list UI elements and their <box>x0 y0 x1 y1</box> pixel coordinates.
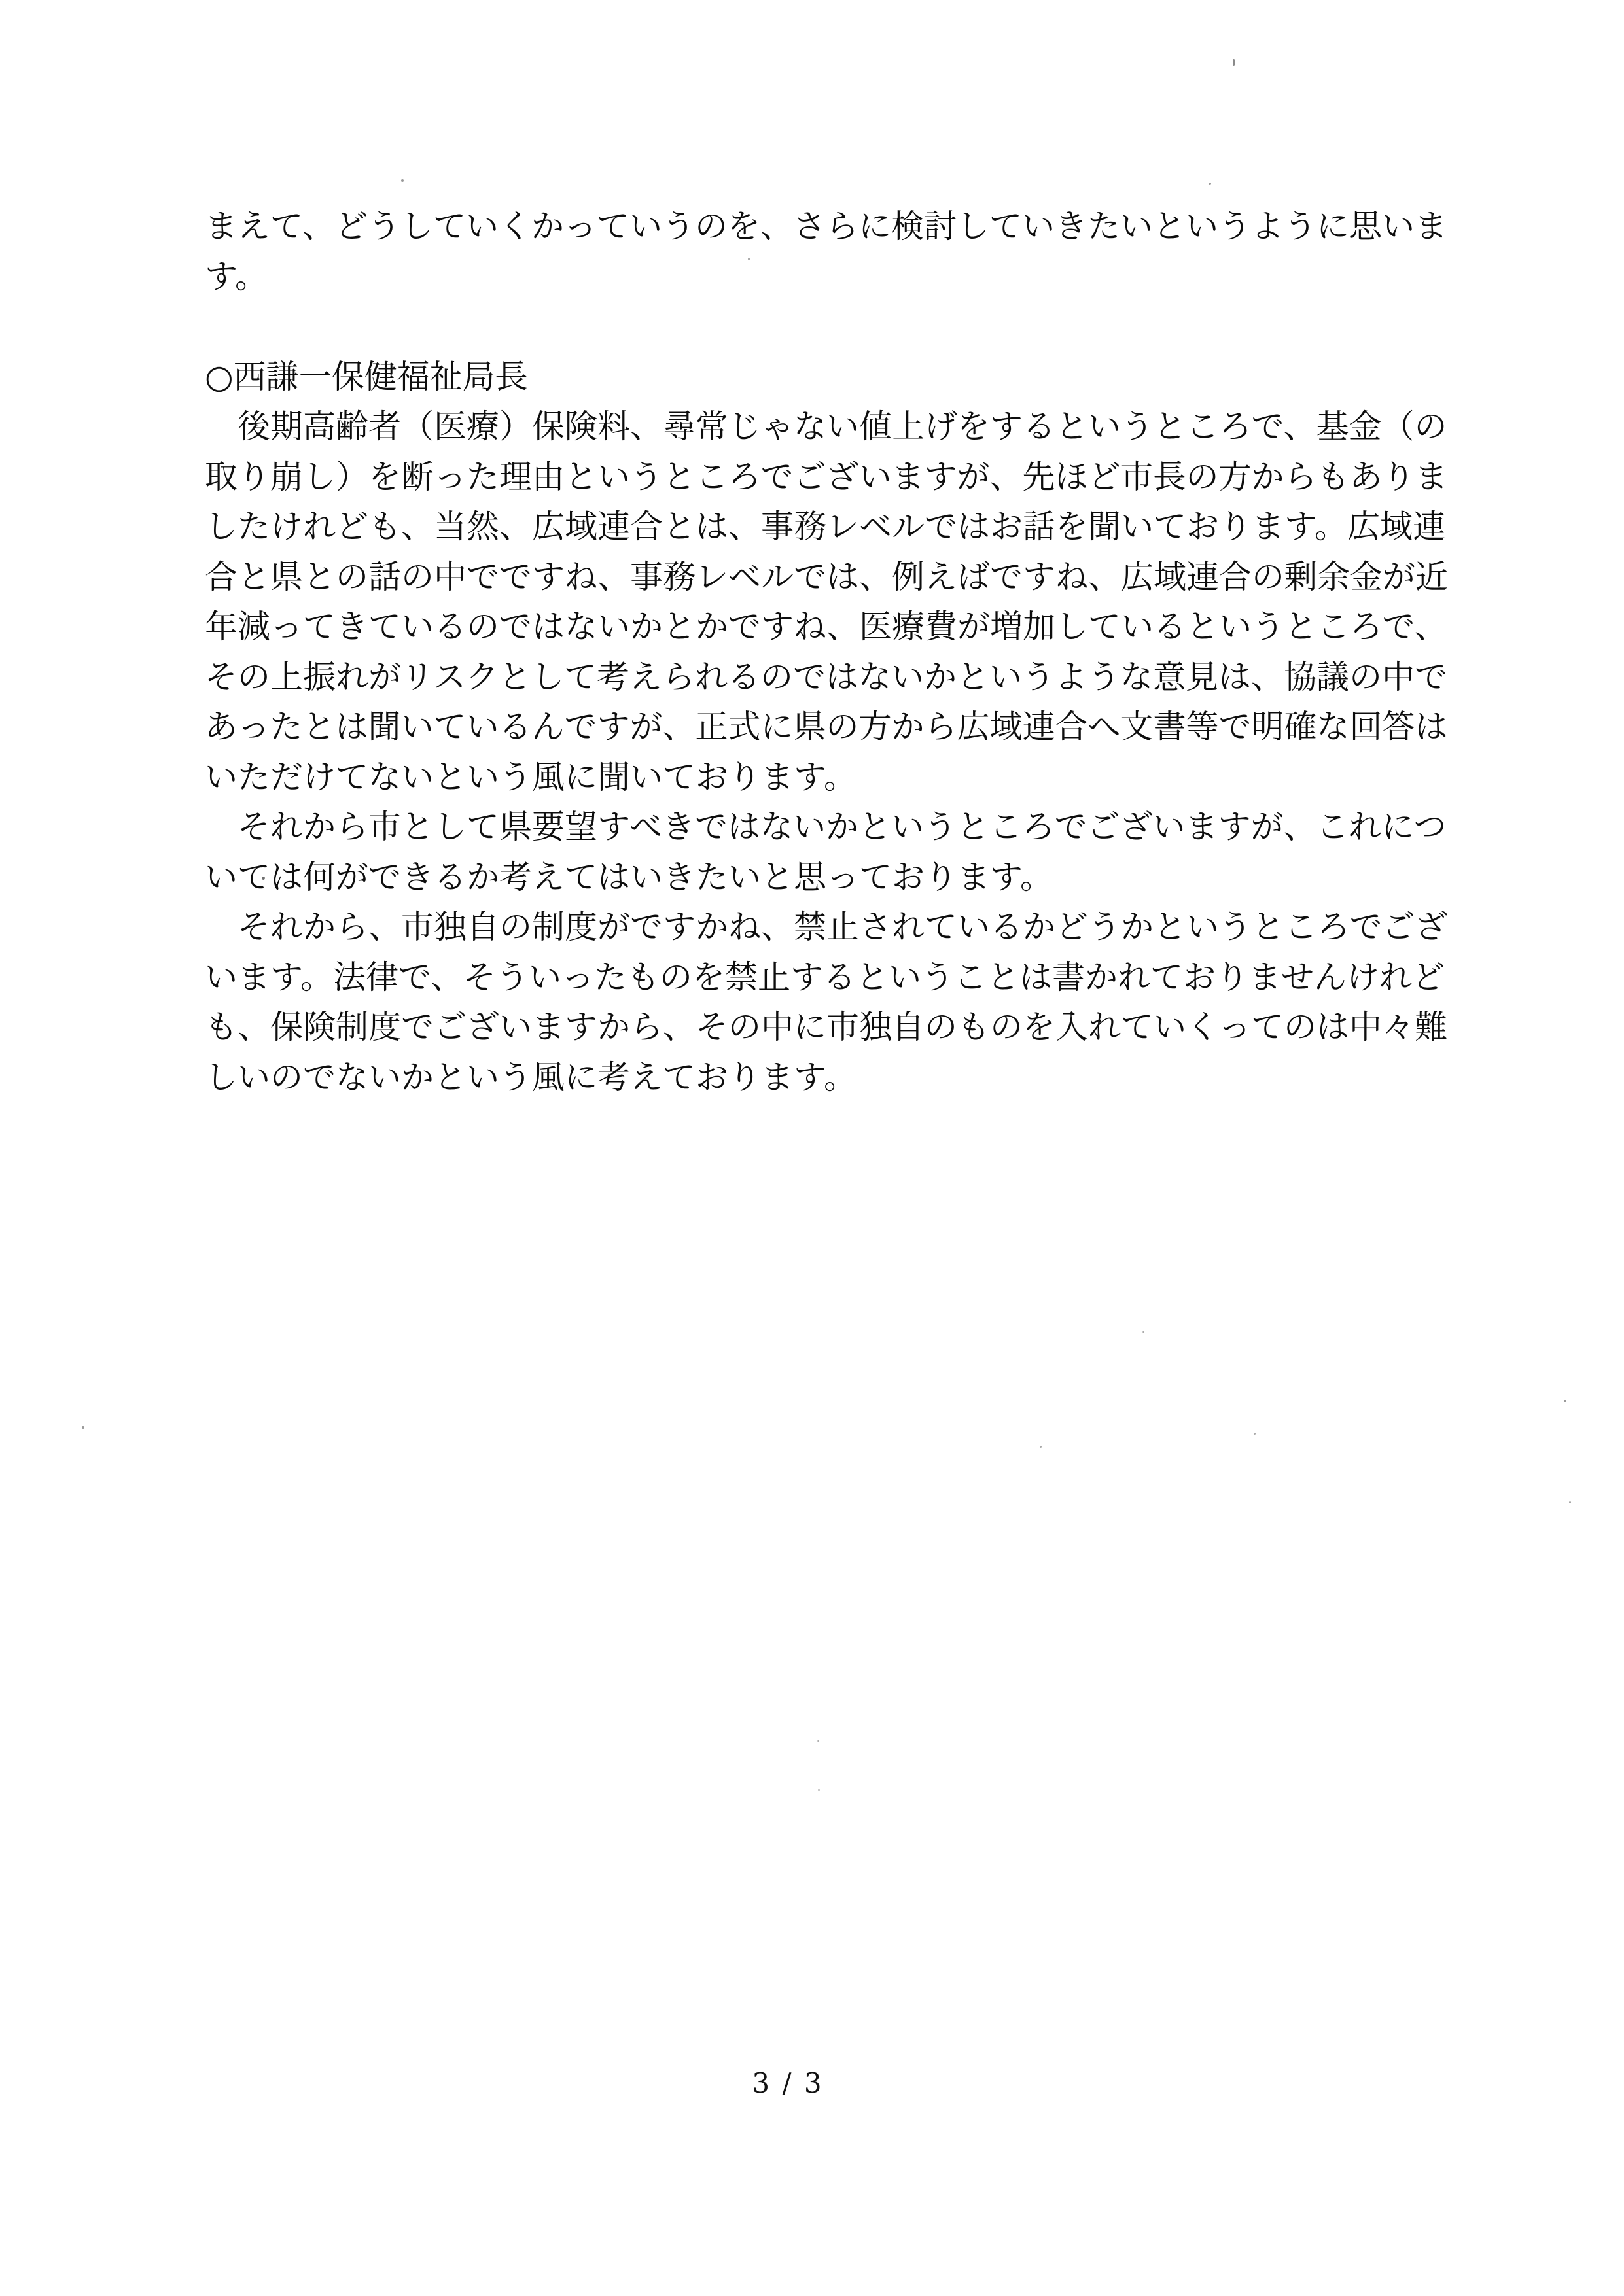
text-line: しいのでないかという風に考えております。 <box>205 1052 1449 1103</box>
scan-speck <box>1142 1331 1144 1333</box>
text-line: それから、市独自の制度がですかね、禁止されているかどうかというところでござ <box>205 902 1449 952</box>
page-number: 3 / 3 <box>690 2067 886 2099</box>
scan-speck <box>1040 1446 1042 1448</box>
blank-line <box>205 302 1449 352</box>
text-line: 取り崩し）を断った理由というところでございますが、先ほど市長の方からもありま <box>205 452 1449 502</box>
scan-speck <box>401 179 404 182</box>
scan-speck <box>748 258 750 260</box>
text-line: あったとは聞いているんですが、正式に県の方から広域連合へ文書等で明確な回答は <box>205 702 1449 752</box>
text-line: したけれども、当然、広域連合とは、事務レベルではお話を聞いております。広域連 <box>205 502 1449 552</box>
text-line: 後期高齢者（医療）保険料、尋常じゃない値上げをするというところで、基金（の <box>205 402 1449 452</box>
scan-speck <box>1564 1400 1566 1402</box>
document-page: まえて、どうしていくかっていうのを、さらに検討していきたいというように思います。… <box>0 0 1624 2296</box>
text-line: まえて、どうしていくかっていうのを、さらに検討していきたいというように思いま <box>205 201 1449 252</box>
scan-speck <box>1569 1501 1571 1503</box>
text-line: 合と県との話の中でですね、事務レベルでは、例えばですね、広域連合の剰余金が近 <box>205 552 1449 602</box>
scan-speck <box>1209 183 1211 185</box>
scan-speck <box>817 1740 819 1742</box>
text-line: その上振れがリスクとして考えられるのではないかというような意見は、協議の中で <box>205 652 1449 703</box>
scan-speck <box>818 1789 820 1791</box>
text-line: す。 <box>205 252 1449 302</box>
text-line: いては何ができるか考えてはいきたいと思っております。 <box>205 852 1449 903</box>
text-line: 年減ってきているのではないかとかですね、医療費が増加しているというところで、 <box>205 602 1449 652</box>
text-line: それから市として県要望すべきではないかというところでございますが、これにつ <box>205 802 1449 852</box>
scan-speck <box>82 1426 84 1429</box>
scan-speck <box>1254 1433 1256 1435</box>
text-line: いただけてないという風に聞いております。 <box>205 752 1449 803</box>
scan-speck <box>262 877 265 880</box>
speaker-heading-line: ○西謙一保健福祉局長 <box>205 352 1449 402</box>
text-line: います。法律で、そういったものを禁止するということは書かれておりませんけれど <box>205 952 1449 1003</box>
document-body: まえて、どうしていくかっていうのを、さらに検討していきたいというように思います。… <box>205 201 1449 1102</box>
text-line: も、保険制度でございますから、その中に市独自のものを入れていくってのは中々難 <box>205 1002 1449 1052</box>
scan-speck <box>1233 59 1235 66</box>
